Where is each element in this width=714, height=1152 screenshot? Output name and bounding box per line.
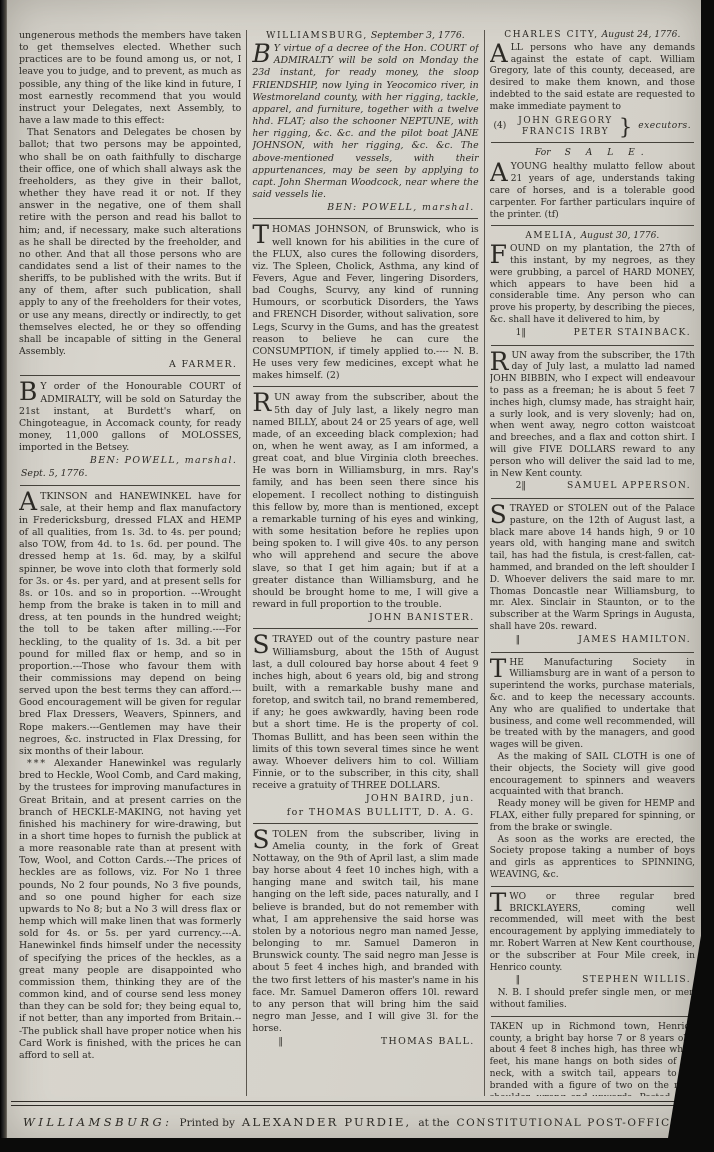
insertion-mark: ‖ (516, 635, 521, 647)
executor-name: FRANCIS IRBY (518, 127, 613, 138)
taken-ad-text: TAKEN up in Richmond town, Henrico count… (490, 1022, 695, 1096)
drop-cap: R (490, 351, 512, 372)
insertion-mark: 2‖ (516, 481, 526, 493)
ad-body-text: WO or three regular bred BRICKLAYERS, co… (490, 892, 695, 973)
money-ad-text: FOUND on my plantation, the 27th of this… (490, 244, 695, 327)
banister-signature: JOHN BANISTER. (252, 612, 478, 624)
imprint-footer: WILLIAMSBURG: Printed by ALEXANDER PURDI… (7, 1115, 701, 1129)
ad-body-text: HOMAS JOHNSON, of Brunswick, who is well… (252, 224, 478, 381)
drop-cap: S (252, 829, 272, 850)
section-divider (253, 386, 477, 387)
ball-signature-line: ‖THOMAS BALL. (252, 1035, 478, 1049)
mare-ad-text: STRAYED or STOLEN out of the Palace past… (490, 504, 695, 634)
billy-ad-text: RUN away from the subscriber, about the … (252, 392, 478, 611)
section-divider (491, 498, 694, 499)
vessels-ad-text: BY virtue of a decree of the Hon. COURT … (252, 43, 478, 201)
willis-signature: STEPHEN WILLIS. (582, 975, 691, 987)
ad-body-text: HE Manufacturing Society in Williamsburg… (490, 658, 695, 751)
section-divider (491, 345, 694, 346)
mulatto-sale-ad: AYOUNG healthy mulatto fellow about 21 y… (490, 162, 695, 221)
letter-continuation-para: ungenerous methods the members have take… (19, 30, 241, 127)
notice-number: (4) (494, 121, 507, 133)
ad-body-text: Y virtue of a decree of the Hon. COURT o… (252, 43, 478, 200)
baird-signature: JOHN BAIRD, jun. (252, 793, 478, 805)
estate-notice-text: ALL persons who have any demands against… (490, 43, 695, 114)
nb-note: N. B. I should prefer single men, or men… (490, 988, 695, 1012)
columns: ungenerous methods the members have take… (7, 0, 701, 1096)
ad-body-text: OUND on my plantation, the 27th of this … (490, 244, 695, 325)
sale-word: S A L E. (565, 148, 650, 158)
drop-cap: F (490, 244, 510, 265)
dateline-date: August 30, 1776. (581, 231, 660, 241)
powell-signature: BEN: POWELL, marshal. (19, 455, 241, 467)
gregory-estate-notice: ALL persons who have any demands against… (490, 43, 695, 138)
thomas-johnson-flux-ad: THOMAS JOHNSON, of Brunswick, who is wel… (252, 224, 478, 382)
farmer-signature: A FARMER. (19, 359, 241, 371)
column-middle: WILLIAMSBURG, September 3, 1776. BY virt… (252, 30, 478, 1096)
section-divider (491, 225, 694, 226)
imprint-printed-by: Printed by (180, 1117, 235, 1129)
willis-signature-line: ‖STEPHEN WILLIS. (490, 974, 695, 988)
section-divider (253, 823, 477, 824)
molasses-sale-text: BY order of the Honourable COURT of ADMI… (19, 381, 241, 454)
section-divider (20, 485, 240, 486)
drop-cap: B (252, 43, 273, 64)
column-rule (484, 30, 485, 1096)
apperson-signature-line: 2‖SAMUEL APPERSON. (490, 480, 695, 494)
stolen-horse-ad: STOLEN from the subscriber, living in Am… (252, 829, 478, 1050)
note-body-text: Alexander Hanewinkel was regularly bred … (19, 758, 241, 1061)
bibbin-ad-text: RUN away from the subscriber, the 17th d… (490, 351, 695, 481)
charles-city-dateline: CHARLES CITY, August 24, 1776. (490, 30, 695, 42)
atkinson-ad-text: ATKINSON and HANEWINKEL have for sale, a… (19, 491, 241, 758)
ad-body-text: LL persons who have any demands against … (490, 43, 695, 112)
ballot-proposal-para: That Senators and Delegates be chosen by… (19, 127, 241, 358)
ready-money-para: Ready money will be given for HEMP and F… (490, 799, 695, 834)
stolen-ad-text: STOLEN from the subscriber, living in Am… (252, 829, 478, 1036)
ad-body-text: UN away from the subscriber, about the 5… (252, 392, 478, 610)
taken-up-horse-ad: TAKEN up in Richmond town, Henrico count… (490, 1022, 695, 1096)
imprint-printer-name: ALEXANDER PURDIE, (242, 1115, 412, 1129)
ad-date: Sept. 5, 1776. (21, 468, 241, 480)
drop-cap: A (490, 162, 511, 183)
section-divider (491, 652, 694, 653)
imprint-office-name: CONSTITUTIONAL POST-OFFICE. (456, 1117, 685, 1129)
dateline-place: CHARLES CITY, (504, 30, 598, 40)
admiralty-vessels-ad: BY virtue of a decree of the Hon. COURT … (252, 43, 478, 214)
executors-label: executors. (638, 121, 691, 133)
dateline-date: September 3, 1776. (371, 30, 465, 41)
section-divider (491, 1016, 694, 1017)
scan-edge-left (0, 0, 7, 1138)
footer-double-rule (11, 1101, 693, 1106)
section-divider (491, 142, 694, 143)
newspaper-page: ungenerous methods the members have take… (7, 0, 701, 1138)
section-divider (253, 628, 477, 629)
hamilton-signature-line: ‖JAMES HAMILTON. (490, 634, 695, 648)
drop-cap: T (252, 224, 272, 245)
ad-body-text: UN away from the subscriber, the 17th da… (490, 351, 695, 479)
section-divider (20, 375, 240, 376)
executor-name: JOHN GREGORY (518, 116, 613, 127)
mulatto-ad-text: AYOUNG healthy mulatto fellow about 21 y… (490, 162, 695, 221)
dateline-place: WILLIAMSBURG, (266, 31, 368, 41)
ad-body-text: YOUNG healthy mulatto fellow about 21 ye… (490, 162, 695, 219)
strayed-horse-ad: STRAYED out of the country pasture near … (252, 634, 478, 818)
drop-cap: S (252, 634, 272, 655)
column-left: ungenerous methods the members have take… (19, 30, 241, 1096)
insertion-mark: ‖ (516, 975, 521, 987)
johnson-ad-text: THOMAS JOHNSON, of Brunswick, who is wel… (252, 224, 478, 382)
atkinson-hanewinkel-ad: ATKINSON and HANEWINKEL have for sale, a… (19, 491, 241, 1062)
sailcloth-para: As the making of SAIL CLOTH is one of th… (490, 752, 695, 799)
ad-body-text: TOLEN from the subscriber, living in Ame… (252, 829, 478, 1035)
molasses-sale-ad: BY order of the Honourable COURT of ADMI… (19, 381, 241, 480)
ad-body-text: TRAYED or STOLEN out of the Palace pastu… (490, 504, 695, 632)
strayed-mare-ad: STRAYED or STOLEN out of the Palace past… (490, 504, 695, 648)
column-rule (246, 30, 247, 1096)
bricklayers-ad: TWO or three regular bred BRICKLAYERS, c… (490, 892, 695, 1012)
drop-cap: T (490, 658, 510, 679)
found-money-ad: FOUND on my plantation, the 27th of this… (490, 244, 695, 340)
society-ad-text: THE Manufacturing Society in Williamsbur… (490, 658, 695, 752)
williamsburg-dateline: WILLIAMSBURG, September 3, 1776. (252, 30, 478, 42)
drop-cap: T (490, 892, 510, 913)
stainback-signature: PETER STAINBACK. (574, 328, 691, 340)
for-sale-header: ForS A L E. (490, 148, 695, 160)
insertion-mark: 1‖ (516, 328, 526, 340)
drop-cap: B (19, 381, 40, 402)
hamilton-signature: JAMES HAMILTON. (578, 635, 691, 647)
drop-cap: R (252, 392, 274, 413)
ad-body-text: TKINSON and HANEWINKEL have for sale, at… (19, 491, 241, 757)
ad-body-text: Y order of the Honourable COURT of ADMIR… (19, 381, 241, 453)
dateline-date: August 24, 1776. (602, 30, 681, 40)
drop-cap: A (490, 43, 511, 64)
section-divider (491, 886, 694, 887)
insertion-mark: ‖ (278, 1036, 283, 1048)
manufacturing-society-ad: THE Manufacturing Society in Williamsbur… (490, 658, 695, 882)
executor-names: JOHN GREGORY FRANCIS IRBY (518, 116, 613, 138)
drop-cap: A (19, 491, 40, 512)
apprentices-para: As soon as the works are erected, the So… (490, 835, 695, 882)
executors-block: (4) JOHN GREGORY FRANCIS IRBY } executor… (490, 116, 695, 138)
section-divider (253, 218, 477, 219)
hanewinkel-note-para: *** Alexander Hanewinkel was regularly b… (19, 758, 241, 1062)
ball-signature: THOMAS BALL. (381, 1036, 475, 1048)
ad-body-text: TRAYED out of the country pasture near W… (252, 634, 478, 791)
powell-signature: BEN: POWELL, marshal. (252, 202, 478, 214)
runaway-billy-ad: RUN away from the subscriber, about the … (252, 392, 478, 624)
bullitt-signature: for THOMAS BULLITT, D. A. G. (252, 807, 478, 819)
amelia-dateline: AMELIA, August 30, 1776. (490, 231, 695, 243)
imprint-place: WILLIAMSBURG: (23, 1115, 173, 1129)
drop-cap: S (490, 504, 510, 525)
apperson-signature: SAMUEL APPERSON. (567, 481, 691, 493)
strayed-ad-text: STRAYED out of the country pasture near … (252, 634, 478, 792)
for-word: For (535, 148, 551, 158)
column-right: CHARLES CITY, August 24, 1776. ALL perso… (490, 30, 695, 1096)
asterism-mark: *** (27, 758, 47, 769)
brace-glyph: } (619, 117, 632, 137)
bricklayers-ad-text: TWO or three regular bred BRICKLAYERS, c… (490, 892, 695, 975)
dateline-place: AMELIA, (525, 231, 577, 241)
runaway-bibbin-ad: RUN away from the subscriber, the 17th d… (490, 351, 695, 495)
stainback-signature-line: 1‖PETER STAINBACK. (490, 327, 695, 341)
imprint-at-the: at the (418, 1117, 449, 1129)
